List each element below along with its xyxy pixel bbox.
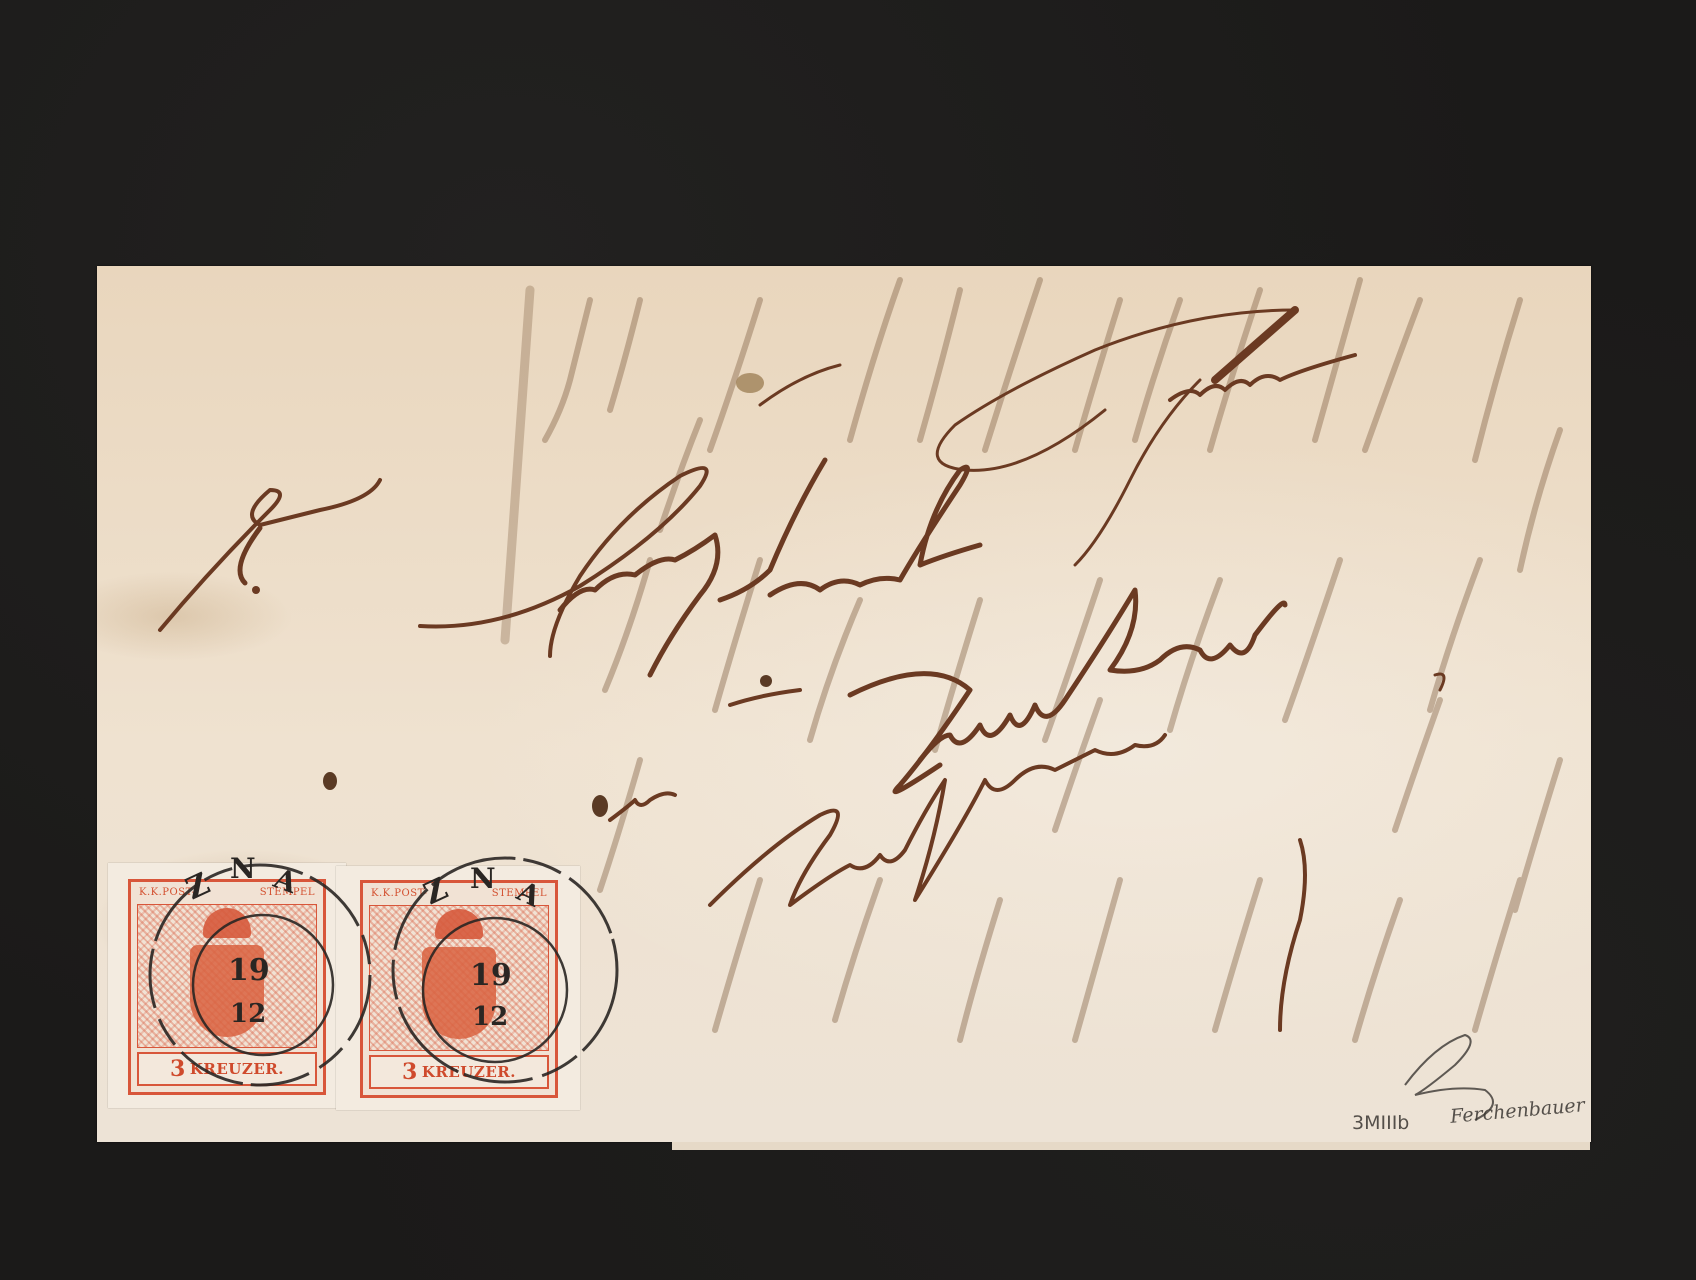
- stamp-2-top-text: K.K.POST- STEMPEL: [371, 888, 547, 899]
- catalog-mark: 3MIIIb: [1352, 1112, 1409, 1134]
- stamp-2-value-numeral: 3: [402, 1059, 418, 1085]
- stamp-1-value-word: KREUZER.: [190, 1060, 284, 1078]
- double-eagle-icon: [190, 945, 264, 1037]
- stamp-2-top-left-text: K.K.POST-: [371, 888, 427, 899]
- stamp-2-value: 3 KREUZER.: [369, 1055, 549, 1089]
- stamp-2-value-word: KREUZER.: [422, 1063, 516, 1081]
- double-eagle-icon: [422, 947, 496, 1039]
- stamp-1-value-numeral: 3: [170, 1056, 186, 1082]
- stamp-2: K.K.POST- STEMPEL 3 KREUZER.: [336, 866, 580, 1110]
- stamp-1-top-right-text: STEMPEL: [260, 887, 315, 898]
- stamp-1-value: 3 KREUZER.: [137, 1052, 317, 1086]
- stamp-1-top-left-text: K.K.POST-: [139, 887, 195, 898]
- stamp-2-top-right-text: STEMPEL: [492, 888, 547, 899]
- stamp-1: K.K.POST- STEMPEL 3 KREUZER.: [108, 863, 346, 1108]
- stamp-1-top-text: K.K.POST- STEMPEL: [139, 887, 315, 898]
- cover-flap-edge: [672, 1142, 1590, 1150]
